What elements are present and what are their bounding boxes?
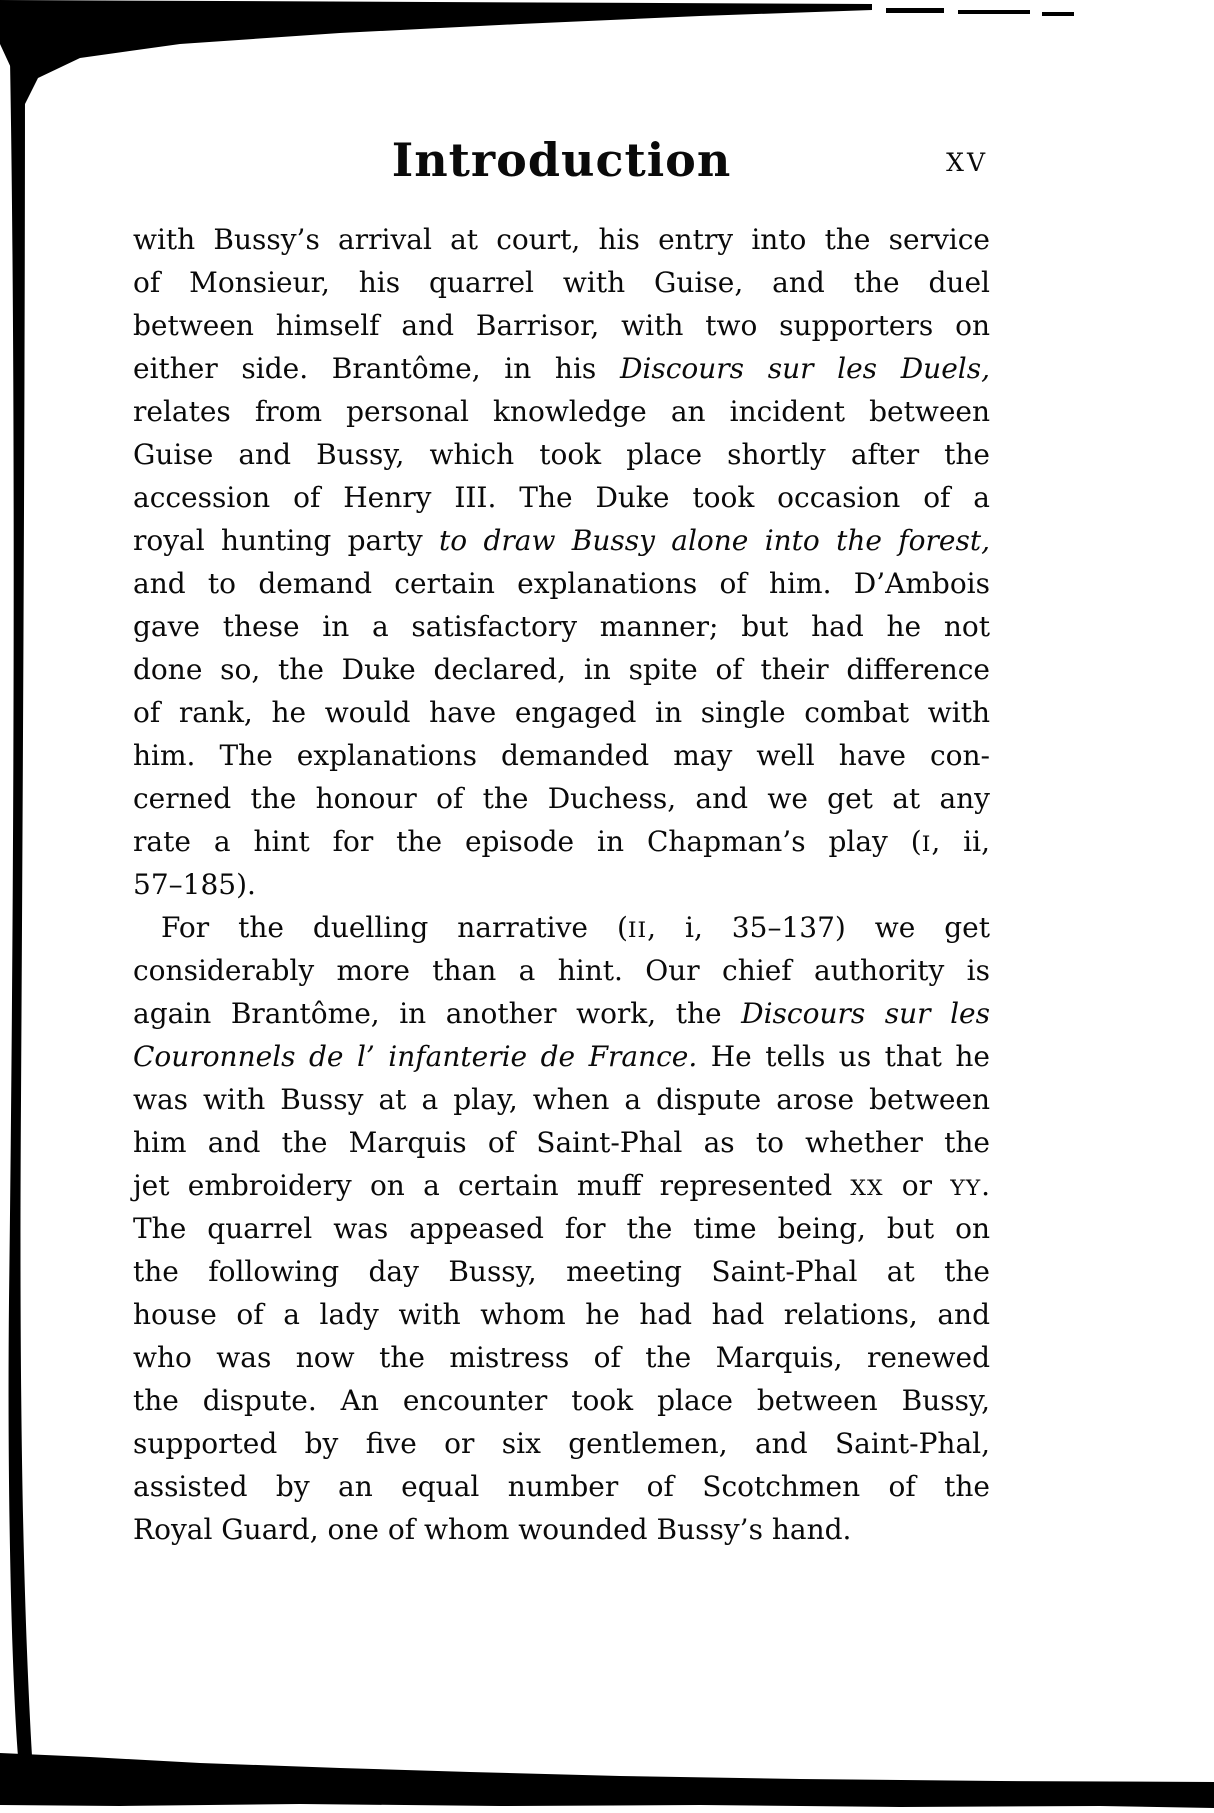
text-line: assisted by an equal number of Scotchmen… (133, 1465, 990, 1508)
text-segment: Couronnels de l’ infanterie de France. (133, 1040, 697, 1073)
text-line: him. The explanations demanded may well … (133, 734, 990, 777)
text-segment: the following day Bussy, meeting Saint-P… (133, 1255, 990, 1288)
text-segment: accession of Henry III. The Duke took oc… (133, 481, 990, 514)
text-segment: gave these in a satisfactory manner; but… (133, 610, 990, 643)
text-segment: yy (950, 1176, 981, 1201)
text-segment: ii (628, 918, 647, 943)
text-line: considerably more than a hint. Our chief… (133, 949, 990, 992)
text-segment: and to demand certain explanations of hi… (133, 567, 990, 600)
text-line: relates from personal knowledge an incid… (133, 390, 990, 433)
text-line: who was now the mistress of the Marquis,… (133, 1336, 990, 1379)
text-line: Royal Guard, one of whom wounded Bussy’s… (133, 1508, 990, 1551)
scan-top-dash (886, 8, 944, 13)
text-segment: him and the Marquis of Saint-Phal as to … (133, 1126, 990, 1159)
text-line: between himself and Barrisor, with two s… (133, 304, 990, 347)
text-segment: relates from personal knowledge an incid… (133, 395, 990, 428)
text-segment: done so, the Duke declared, in spite of … (133, 653, 990, 686)
scan-bottom-band (0, 1753, 1214, 1808)
text-line: Couronnels de l’ infanterie de France. H… (133, 1035, 990, 1078)
text-line: was with Bussy at a play, when a dispute… (133, 1078, 990, 1121)
text-segment: jet embroidery on a certain muff represe… (133, 1169, 850, 1202)
text-line: supported by five or six gentlemen, and … (133, 1422, 990, 1465)
text-segment: him. The explanations demanded may well … (133, 739, 990, 772)
text-segment: The quarrel was appeased for the time be… (133, 1212, 990, 1245)
text-line: cerned the honour of the Duchess, and we… (133, 777, 990, 820)
text-line: the dispute. An encounter took place bet… (133, 1379, 990, 1422)
text-segment: 57–185). (133, 868, 256, 901)
text-line: accession of Henry III. The Duke took oc… (133, 476, 990, 519)
text-line: rate a hint for the episode in Chapman’s… (133, 820, 990, 863)
text-segment: was with Bussy at a play, when a dispute… (133, 1083, 990, 1116)
text-line: 57–185). (133, 863, 990, 906)
text-line: of Monsieur, his quarrel with Guise, and… (133, 261, 990, 304)
page-header: Introduction xv (133, 130, 990, 200)
text-segment: royal hunting party (133, 524, 439, 557)
text-segment: cerned the honour of the Duchess, and we… (133, 782, 990, 815)
body-lines: with Bussy’s arrival at court, his entry… (133, 218, 990, 1551)
text-segment: the dispute. An encounter took place bet… (133, 1384, 990, 1417)
text-line: For the duelling narrative (ii, i, 35–13… (133, 906, 990, 949)
text-segment: with Bussy’s arrival at court, his entry… (133, 223, 990, 256)
text-line: him and the Marquis of Saint-Phal as to … (133, 1121, 990, 1164)
text-line: with Bussy’s arrival at court, his entry… (133, 218, 990, 261)
text-line: again Brantôme, in another work, the Dis… (133, 992, 990, 1035)
text-segment: again Brantôme, in another work, the (133, 997, 741, 1030)
text-segment: supported by five or six gentlemen, and … (133, 1427, 990, 1460)
scanned-book-page: { "colors": { "ink": "#0a0a0a", "paper":… (0, 0, 1214, 1813)
text-segment: For the duelling narrative ( (161, 911, 628, 944)
text-line: and to demand certain explanations of hi… (133, 562, 990, 605)
text-segment: rate a hint for the episode in Chapman’s… (133, 825, 922, 858)
text-segment: of Monsieur, his quarrel with Guise, and… (133, 266, 990, 299)
text-segment: , ii, (931, 825, 990, 858)
text-segment: Discours sur les Duels, (620, 352, 990, 385)
text-segment: who was now the mistress of the Marquis,… (133, 1341, 990, 1374)
text-segment: or (884, 1169, 951, 1202)
text-line: either side. Brantôme, in his Discours s… (133, 347, 990, 390)
body-text-column: with Bussy’s arrival at court, his entry… (133, 218, 990, 1551)
text-segment: . (981, 1169, 990, 1202)
text-segment: i (922, 832, 932, 857)
text-segment: to draw Bussy alone into the forest, (439, 524, 990, 557)
text-line: gave these in a satisfactory manner; but… (133, 605, 990, 648)
text-line: done so, the Duke declared, in spite of … (133, 648, 990, 691)
page-number: xv (946, 148, 988, 177)
text-segment: , i, 35–137) we get (647, 911, 990, 944)
text-segment: He tells us that he (697, 1040, 990, 1073)
text-segment: house of a lady with whom he had had rel… (133, 1298, 990, 1331)
text-line: Guise and Bussy, which took place shortl… (133, 433, 990, 476)
text-line: house of a lady with whom he had had rel… (133, 1293, 990, 1336)
scan-top-dash (1042, 12, 1074, 16)
text-line: royal hunting party to draw Bussy alone … (133, 519, 990, 562)
text-segment: assisted by an equal number of Scotchmen… (133, 1470, 990, 1503)
scan-top-wedge (0, 0, 872, 106)
text-line: the following day Bussy, meeting Saint-P… (133, 1250, 990, 1293)
text-segment: considerably more than a hint. Our chief… (133, 954, 990, 987)
page-title: Introduction (133, 130, 990, 190)
text-segment: Discours sur les (741, 997, 990, 1030)
text-line: The quarrel was appeased for the time be… (133, 1207, 990, 1250)
scan-left-bar (9, 60, 32, 1756)
text-segment: Royal Guard, one of whom wounded Bussy’s… (133, 1513, 851, 1546)
text-segment: between himself and Barrisor, with two s… (133, 309, 990, 342)
scan-top-dash (958, 10, 1030, 14)
text-segment: of rank, he would have engaged in single… (133, 696, 990, 729)
text-line: jet embroidery on a certain muff represe… (133, 1164, 990, 1207)
text-line: of rank, he would have engaged in single… (133, 691, 990, 734)
text-segment: xx (850, 1176, 883, 1201)
text-segment: Guise and Bussy, which took place shortl… (133, 438, 990, 471)
text-segment: either side. Brantôme, in his (133, 352, 620, 385)
